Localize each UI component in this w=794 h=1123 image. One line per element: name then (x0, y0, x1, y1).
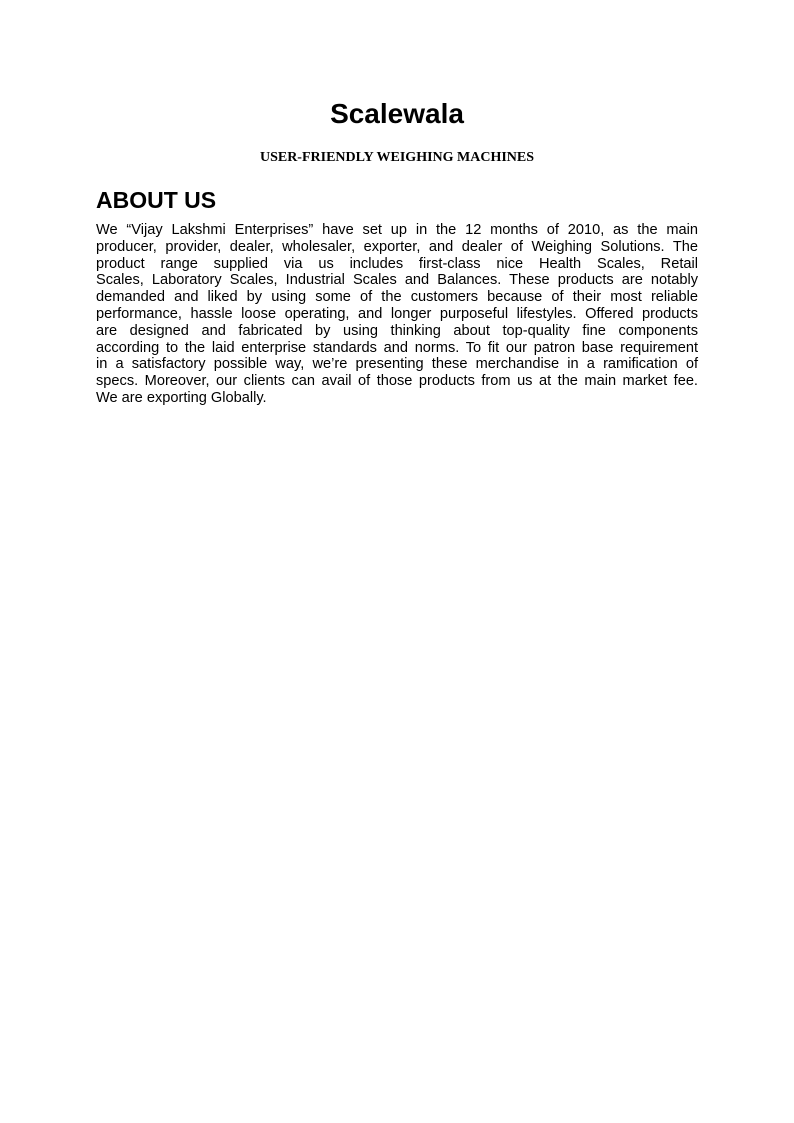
about-us-paragraph: We “Vijay Lakshmi Enterprises” have set … (96, 222, 698, 407)
paragraph-line: We are exporting Globally. (96, 390, 698, 407)
paragraph-line: are designed and fabricated by using thi… (96, 323, 698, 340)
paragraph-line: according to the laid enterprise standar… (96, 340, 698, 357)
paragraph-line: product range supplied via us includes f… (96, 256, 698, 273)
page-subtitle: USER-FRIENDLY WEIGHING MACHINES (96, 149, 698, 167)
paragraph-line: demanded and liked by using some of the … (96, 289, 698, 306)
paragraph-line: We “Vijay Lakshmi Enterprises” have set … (96, 222, 698, 239)
paragraph-line: performance, hassle loose operating, and… (96, 306, 698, 323)
paragraph-line: Scales, Laboratory Scales, Industrial Sc… (96, 272, 698, 289)
paragraph-line: producer, provider, dealer, wholesaler, … (96, 239, 698, 256)
paragraph-line: in a satisfactory possible way, we’re pr… (96, 356, 698, 373)
paragraph-line: specs. Moreover, our clients can avail o… (96, 373, 698, 390)
section-heading-about-us: ABOUT US (96, 185, 698, 215)
page-title: Scalewala (96, 96, 698, 132)
